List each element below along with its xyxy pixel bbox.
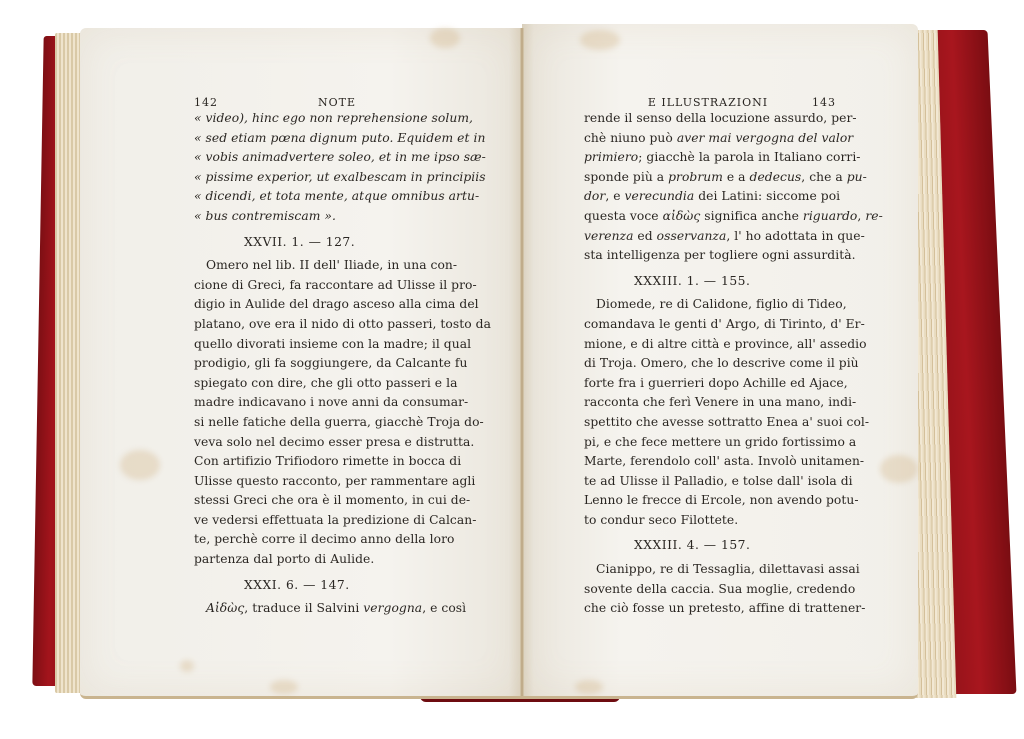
text-run: sponde più a	[584, 170, 668, 184]
greek-word: Αἰδὼς	[206, 601, 244, 615]
text-line: « pissime experior, ut exalbescam in pri…	[194, 168, 446, 188]
text-line: veva solo nel decimo esser presa e distr…	[194, 433, 446, 453]
text-line: di Troja. Omero, che lo descrive come il…	[584, 354, 836, 374]
italic-run: verecundia	[625, 189, 695, 203]
note-heading: XXXIII. 1. — 155.	[584, 272, 836, 292]
text-line: « video), hinc ego non reprehensione sol…	[194, 109, 446, 129]
right-page-text: E ILLUSTRAZIONI 143 rende il senso della…	[584, 93, 836, 619]
text-run: questa voce	[584, 209, 663, 223]
text-line: Con artifizio Trifiodoro rimette in bocc…	[194, 452, 446, 472]
foxing-stain	[430, 28, 460, 48]
note-continuation: rende il senso della locuzione assurdo, …	[584, 109, 836, 266]
foxing-stain	[120, 450, 160, 480]
italic-run: dor	[584, 189, 605, 203]
italic-run: primiero	[584, 150, 638, 164]
text-line: racconta che ferì Venere in una mano, in…	[584, 393, 836, 413]
text-line: Marte, ferendolo coll' asta. Involò unit…	[584, 452, 836, 472]
text-line: verenza ed osservanza, l' ho adottata in…	[584, 227, 836, 247]
text-line: forte fra i guerrieri dopo Achille ed Aj…	[584, 374, 836, 394]
text-line: Cianippo, re di Tessaglia, dilettavasi a…	[584, 560, 836, 580]
note-heading: XXXI. 6. — 147.	[194, 576, 446, 596]
italic-run: αἰδὼς	[663, 209, 701, 223]
text-line: Ulisse questo racconto, per rammentare a…	[194, 472, 446, 492]
italic-run: probrum	[668, 170, 723, 184]
italic-run: riguardo	[803, 209, 858, 223]
text-run: e a	[723, 170, 750, 184]
foxing-stain	[880, 455, 918, 483]
left-running-head: 142 NOTE	[194, 93, 446, 109]
note-paragraph: Omero nel lib. II dell' Iliade, in una c…	[194, 256, 446, 570]
right-running-head: E ILLUSTRAZIONI 143	[584, 93, 836, 109]
text-run: , l' ho adottata in que-	[726, 229, 864, 243]
note-paragraph-start: Αἰδὼς, traduce il Salvini vergogna, e co…	[194, 599, 446, 619]
foxing-stain	[180, 660, 194, 672]
text-line: prodigio, gli fa soggiungere, da Calcant…	[194, 354, 446, 374]
text-run: , e	[605, 189, 624, 203]
text-line: spiegato con dire, che gli otto passeri …	[194, 374, 446, 394]
text-line: sponde più a probrum e a dedecus, che a …	[584, 168, 836, 188]
text-line: digio in Aulide del drago asceso alla ci…	[194, 295, 446, 315]
text-run: , che a	[801, 170, 846, 184]
text-run: significa anche	[700, 209, 803, 223]
foxing-stain	[575, 680, 603, 694]
text-line: Omero nel lib. II dell' Iliade, in una c…	[194, 256, 446, 276]
note-heading: XXXIII. 4. — 157.	[584, 536, 836, 556]
text-run: ed	[633, 229, 656, 243]
text-line: questa voce αἰδὼς significa anche riguar…	[584, 207, 836, 227]
text-line: sta intelligenza per togliere ogni assur…	[584, 246, 836, 266]
text-run: ; giacchè la parola in Italiano corri-	[638, 150, 860, 164]
latin-quote: « video), hinc ego non reprehensione sol…	[194, 109, 446, 227]
text-line: Lenno le frecce di Ercole, non avendo po…	[584, 491, 836, 511]
text-line: rende il senso della locuzione assurdo, …	[584, 109, 836, 129]
italic-run: re-	[865, 209, 882, 223]
italic-run: dedecus	[750, 170, 802, 184]
text-line: platano, ove era il nido di otto passeri…	[194, 315, 446, 335]
page-number-right: 143	[812, 93, 836, 109]
page-number-left: 142	[194, 93, 218, 109]
text-line: dor, e verecundia dei Latini: siccome po…	[584, 187, 836, 207]
text-run: , e così	[422, 601, 466, 615]
text-line: quello divorati insieme con la madre; il…	[194, 335, 446, 355]
text-run: dei Latini: siccome poi	[694, 189, 840, 203]
running-head-title: E ILLUSTRAZIONI	[584, 93, 812, 109]
foxing-stain	[270, 680, 298, 694]
text-line: cione di Greci, fa raccontare ad Ulisse …	[194, 276, 446, 296]
text-line: « bus contremiscam ».	[194, 207, 446, 227]
text-line: Diomede, re di Calidone, figlio di Tideo…	[584, 295, 836, 315]
text-line: « vobis animadvertere soleo, et in me ip…	[194, 148, 446, 168]
text-line: « dicendi, et tota mente, atque omnibus …	[194, 187, 446, 207]
running-head-title: NOTE	[318, 93, 446, 109]
text-line: spettito che avesse sottratto Enea a' su…	[584, 413, 836, 433]
text-run: sta intelligenza per togliere ogni assur…	[584, 248, 856, 262]
text-line: comandava le genti d' Argo, di Tirinto, …	[584, 315, 836, 335]
text-line: stessi Greci che ora è il momento, in cu…	[194, 491, 446, 511]
text-line: ve vedersi effettuata la predizione di C…	[194, 511, 446, 531]
text-run: chè niuno può	[584, 131, 677, 145]
text-line: te, perchè corre il decimo anno della lo…	[194, 530, 446, 550]
text-line: partenza dal porto di Aulide.	[194, 550, 446, 570]
note-paragraph: Diomede, re di Calidone, figlio di Tideo…	[584, 295, 836, 530]
text-line: mione, e di altre città e province, all'…	[584, 335, 836, 355]
text-line: chè niuno può aver mai vergogna del valo…	[584, 129, 836, 149]
foxing-stain	[580, 30, 620, 50]
text-line: primiero; giacchè la parola in Italiano …	[584, 148, 836, 168]
left-page-text: 142 NOTE « video), hinc ego non reprehen…	[194, 93, 446, 619]
note-heading: XXVII. 1. — 127.	[194, 233, 446, 253]
text-line: te ad Ulisse il Palladio, e tolse dall' …	[584, 472, 836, 492]
note-paragraph: Cianippo, re di Tessaglia, dilettavasi a…	[584, 560, 836, 619]
text-line: pi, e che fece mettere un grido fortissi…	[584, 433, 836, 453]
text-run: , traduce il Salvini	[244, 601, 363, 615]
italic-run: verenza	[584, 229, 633, 243]
text-line: to condur seco Filottete.	[584, 511, 836, 531]
italic-run: pu-	[847, 170, 867, 184]
text-line: si nelle fatiche della guerra, giacchè T…	[194, 413, 446, 433]
text-line: « sed etiam pœna dignum puto. Equidem et…	[194, 129, 446, 149]
text-line: madre indicavano i nove anni da consumar…	[194, 393, 446, 413]
italic-run: osservanza	[657, 229, 727, 243]
text-run: rende il senso della locuzione assurdo, …	[584, 111, 857, 125]
italic-word: vergogna	[363, 601, 422, 615]
text-line: che ciò fosse un pretesto, affine di tra…	[584, 599, 836, 619]
text-line: sovente della caccia. Sua moglie, creden…	[584, 580, 836, 600]
book-gutter	[520, 28, 524, 696]
italic-run: aver mai vergogna del valor	[677, 131, 853, 145]
